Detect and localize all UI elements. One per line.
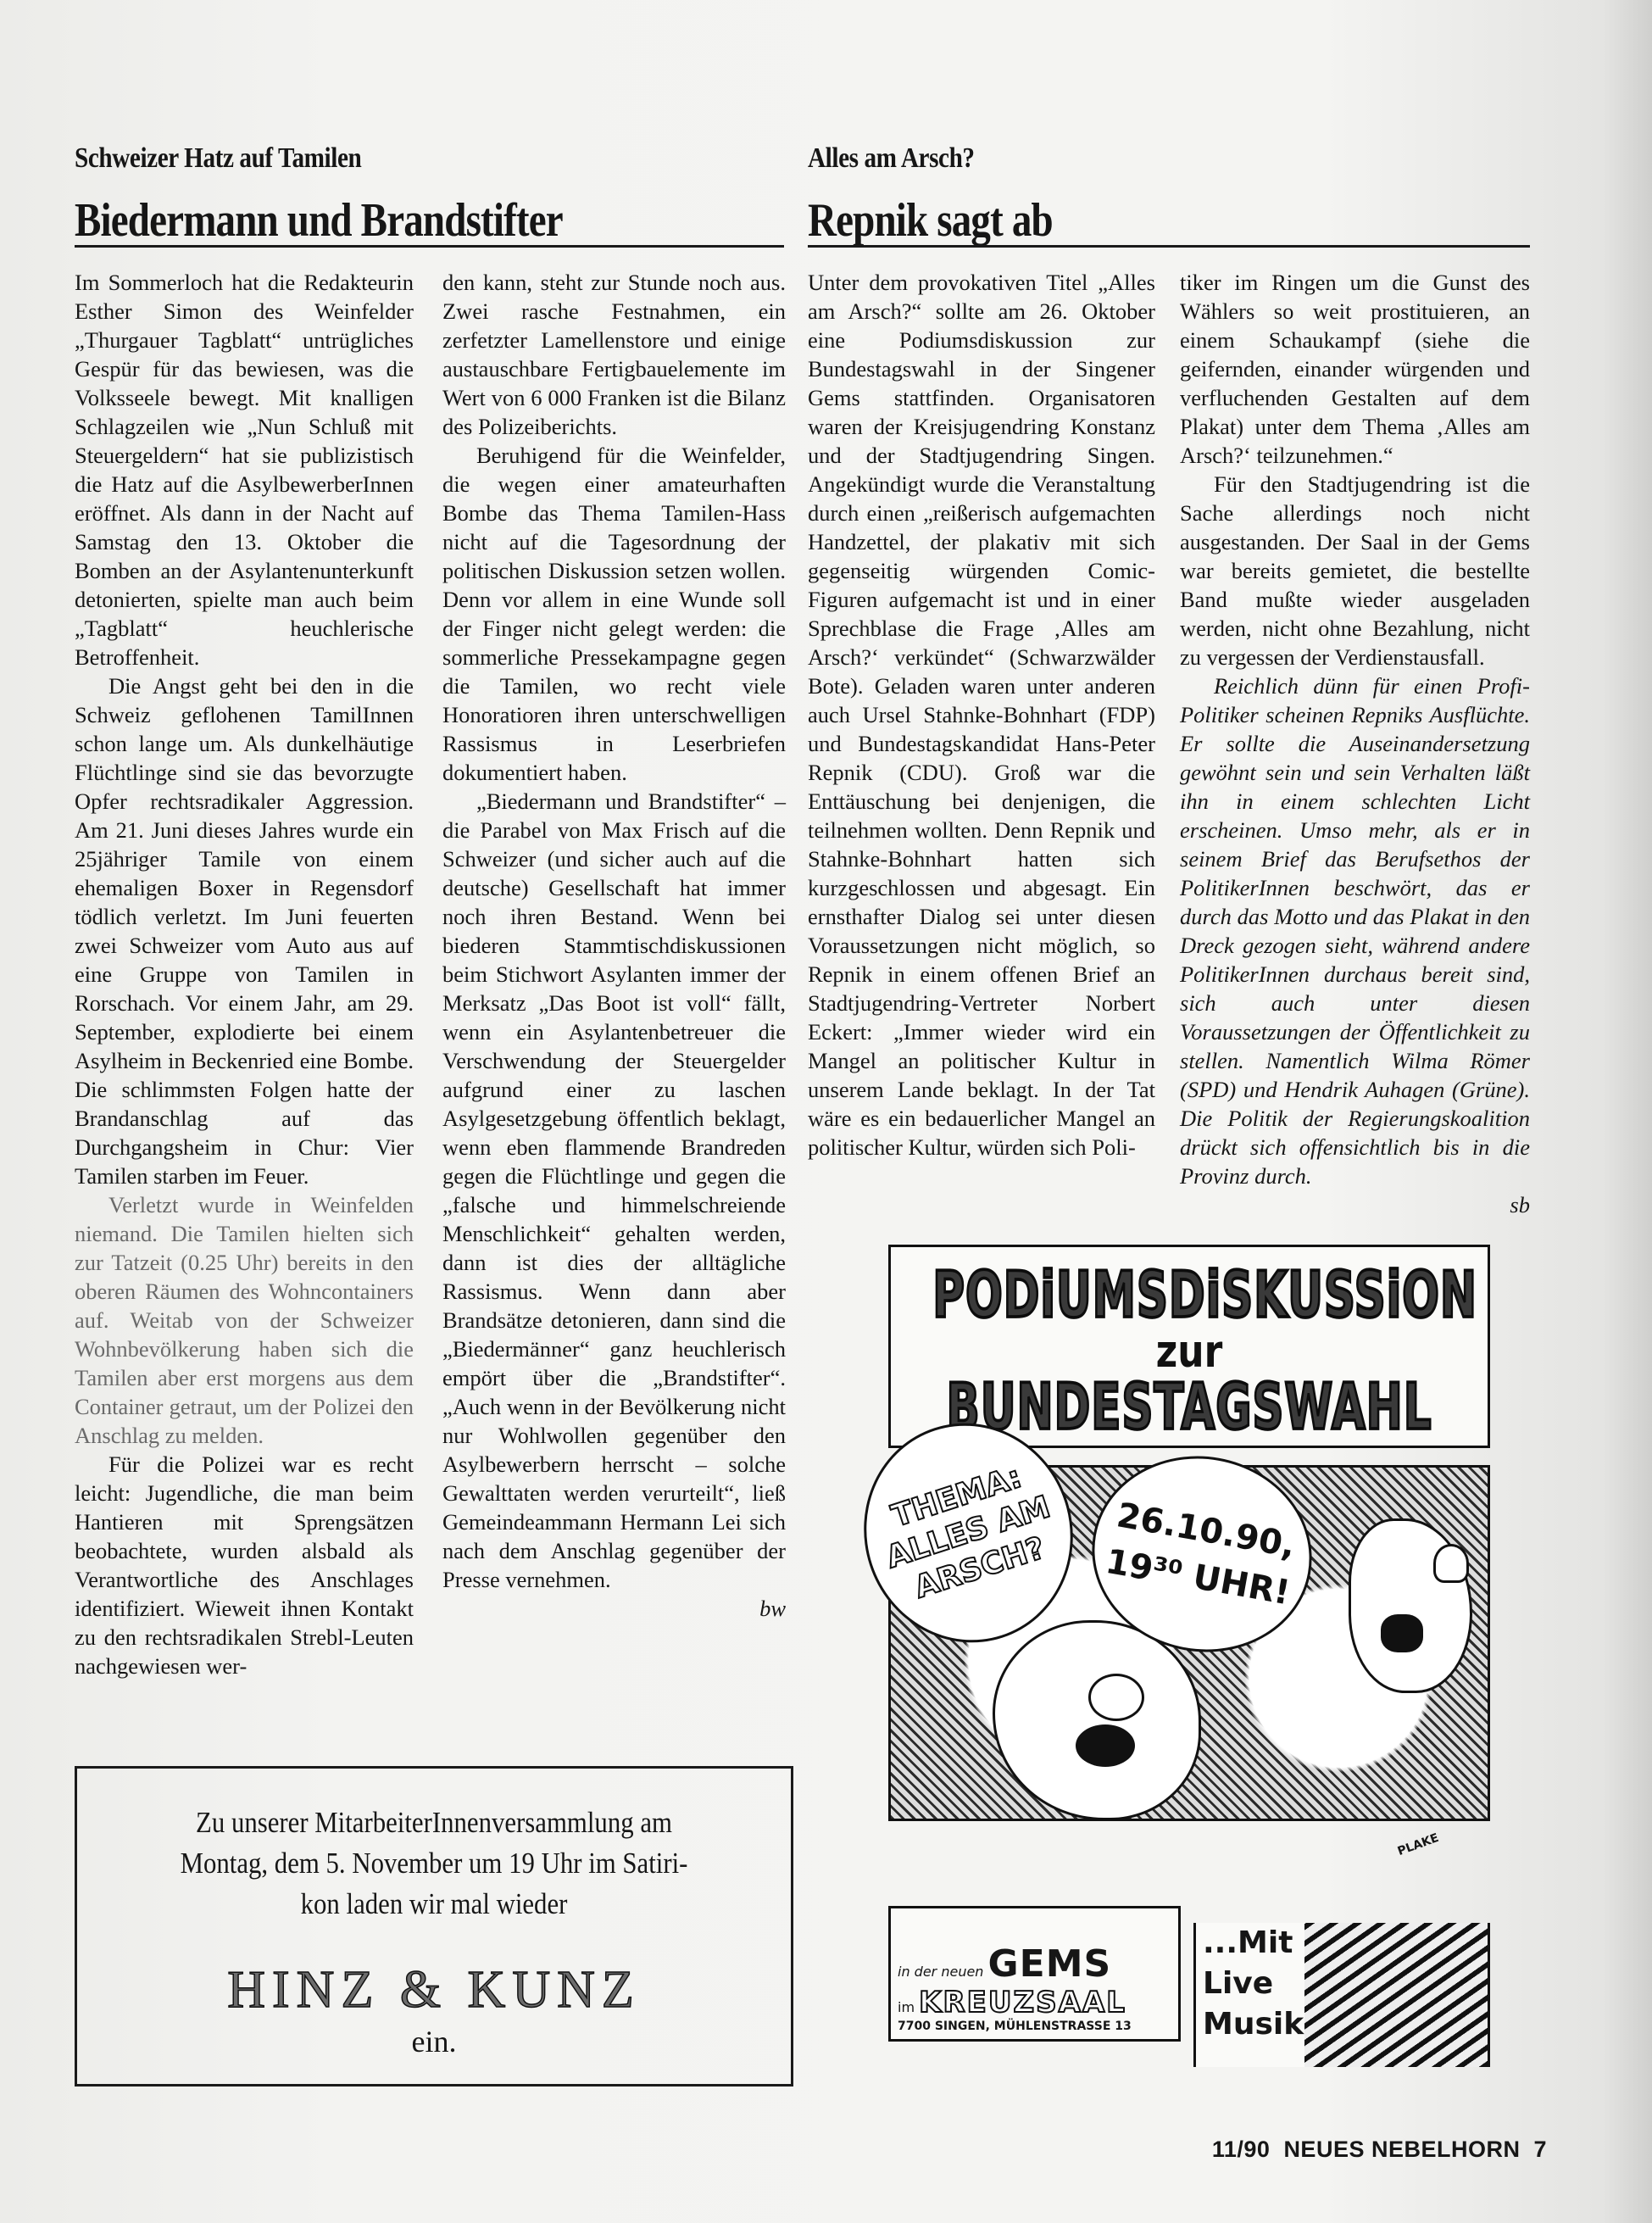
announcement-line: Montag, dem 5. November um 19 Uhr im Sat…: [120, 1843, 748, 1884]
headline-left: Biedermann und Brandstifter: [75, 197, 563, 244]
skull-icon: [1433, 1544, 1469, 1583]
paragraph: Für den Stadtjugendring ist die Sache al…: [1180, 470, 1530, 671]
headline-rule-left: [75, 245, 784, 248]
announcement-box: Zu unserer MitarbeiterInnenversammlung a…: [75, 1766, 793, 2086]
paragraph: Für die Polizei war es recht leicht: Jug…: [75, 1450, 414, 1680]
music-text: Musik: [1203, 2004, 1304, 2045]
page-footer: 11/90 NEUES NEBELHORN 7: [1212, 2137, 1547, 2163]
paragraph: Unter dem provokativen Titel „Alles am A…: [808, 268, 1155, 1162]
live-music-panel: ...Mit Live Musik: [1193, 1923, 1490, 2067]
venue-prefix: in der neuen: [898, 1964, 983, 1980]
kicker-right: Alles am Arsch?: [808, 142, 975, 175]
editorial-comment: Reichlich dünn für einen Profi-Politiker…: [1180, 671, 1530, 1190]
kicker-left: Schweizer Hatz auf Tamilen: [75, 142, 361, 175]
live-music-label: ...Mit Live Musik: [1196, 1923, 1304, 2067]
paragraph: Die Angst geht bei den in die Schweiz ge…: [75, 671, 414, 1190]
author-signature: sb: [1510, 1190, 1530, 1219]
venue-prefix: im: [898, 1999, 915, 2015]
paragraph: den kann, steht zur Stunde noch aus. Zwe…: [442, 268, 786, 441]
music-text: ...Mit: [1203, 1923, 1304, 1964]
announcement-line: kon laden wir mal wieder: [120, 1884, 748, 1925]
paragraph: „Biedermann und Brandstifter“ – die Para…: [442, 787, 786, 1594]
open-mouth-icon: [1076, 1724, 1135, 1767]
poster-title: PODiUMSDiSKUSSiON: [932, 1258, 1445, 1333]
venue-hall: KREUZSAAL: [919, 1986, 1126, 2020]
paragraph: Verletzt wurde in Weinfelden niemand. Di…: [75, 1190, 414, 1450]
article-left-column-2: den kann, steht zur Stunde noch aus. Zwe…: [442, 268, 786, 1623]
poster-title-panel: PODiUMSDiSKUSSiON zur BUNDESTAGSWAHL: [888, 1245, 1490, 1448]
venue-name: GEMS: [988, 1942, 1112, 1986]
announcement-line: Zu unserer MitarbeiterInnenversammlung a…: [120, 1802, 748, 1843]
article-right-column-3: Unter dem provokativen Titel „Alles am A…: [808, 268, 1155, 1162]
cartoon-face-icon: [993, 1620, 1201, 1820]
headline-right: Repnik sagt ab: [808, 197, 1053, 244]
paragraph: Beruhigend für die Weinfelder, die wegen…: [442, 441, 786, 787]
author-signature: bw: [759, 1594, 786, 1623]
brand-logo: HINZ & KUNZ: [77, 1960, 791, 2020]
music-text: Live: [1203, 1964, 1304, 2004]
artist-signature: PLAKE: [1396, 1831, 1441, 1858]
paragraph: tiker im Ringen um die Gunst des Wählers…: [1180, 268, 1530, 470]
open-mouth-icon: [1381, 1614, 1423, 1652]
nose-icon: [1088, 1674, 1144, 1721]
headline-rule-right: [808, 245, 1530, 248]
paragraph: Im Sommerloch hat die Redakteurin Esther…: [75, 268, 414, 671]
venue-address: 7700 SINGEN, MÜHLENSTRASSE 13: [898, 2020, 1178, 2033]
poster-subtitle: zur: [891, 1330, 1488, 1375]
announcement-closing: ein.: [77, 2024, 791, 2059]
event-poster: PODiUMSDiSKUSSiON zur BUNDESTAGSWAHL THE…: [888, 1245, 1520, 2092]
article-left-column-1: Im Sommerloch hat die Redakteurin Esther…: [75, 268, 414, 1680]
announcement-text: Zu unserer MitarbeiterInnenversammlung a…: [120, 1802, 748, 1925]
venue-panel: in der neuen GEMS im KREUZSAAL 7700 SING…: [888, 1906, 1181, 2042]
article-right-column-4: tiker im Ringen um die Gunst des Wählers…: [1180, 268, 1530, 1219]
